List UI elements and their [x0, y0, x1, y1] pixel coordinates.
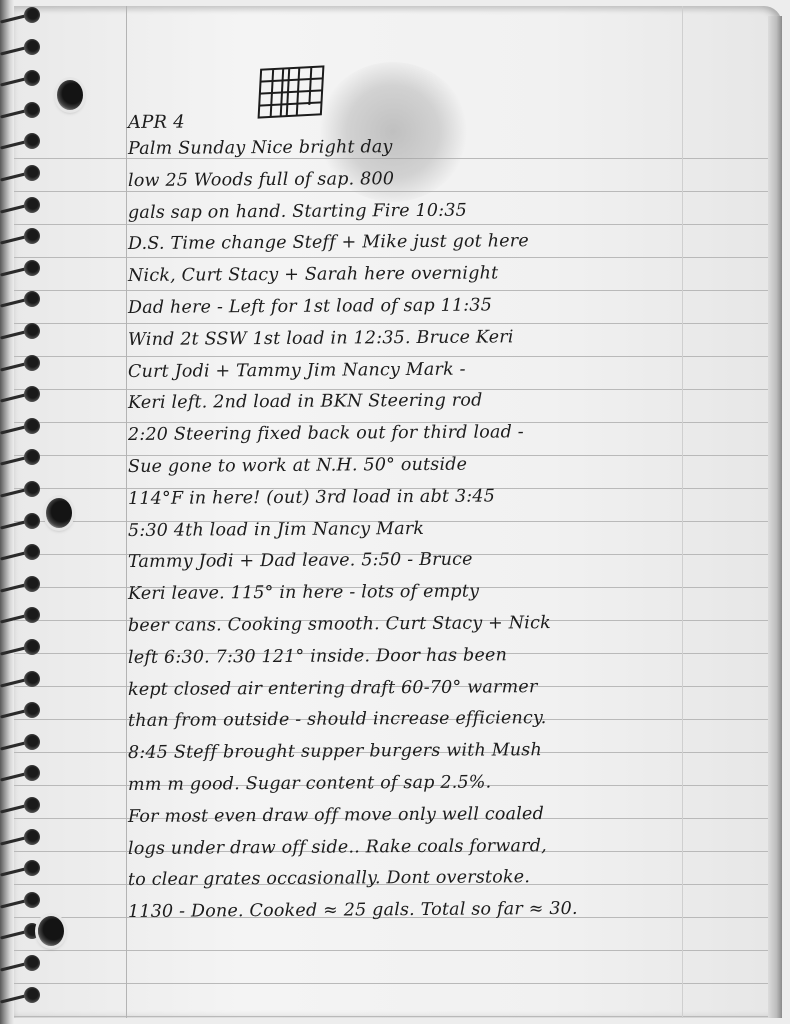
spiral-coil — [0, 259, 42, 279]
entry-lines: Palm Sunday Nice bright daylow 25 Woods … — [128, 134, 778, 929]
spiral-coil — [0, 954, 42, 974]
journal-line: to clear grates occasionally. Dont overs… — [128, 861, 778, 897]
journal-line: Dad here - Left for 1st load of sap 11:3… — [128, 288, 778, 324]
journal-line: Wind 2t SSW 1st load in 12:35. Bruce Ker… — [128, 320, 778, 356]
spiral-coil — [0, 38, 42, 58]
spiral-coil — [0, 796, 42, 816]
spiral-coil — [0, 764, 42, 784]
spiral-coil — [0, 69, 42, 89]
spiral-coil — [0, 891, 42, 911]
journal-line: Tammy Jodi + Dad leave. 5:50 - Bruce — [128, 543, 778, 579]
spiral-coil — [0, 543, 42, 563]
spiral-coil — [0, 6, 42, 26]
spiral-coil — [0, 227, 42, 247]
spiral-coil — [0, 986, 42, 1006]
journal-line: 2:20 Steering fixed back out for third l… — [128, 416, 778, 452]
spiral-coil — [0, 828, 42, 848]
journal-line: 5:30 4th load in Jim Nancy Mark — [128, 511, 778, 547]
journal-line: gals sap on hand. Starting Fire 10:35 — [128, 193, 778, 229]
journal-line: D.S. Time change Steff + Mike just got h… — [128, 225, 778, 261]
journal-line: Curt Jodi + Tammy Jim Nancy Mark - — [128, 352, 778, 388]
journal-line: For most even draw off move only well co… — [128, 797, 778, 833]
spiral-coil — [0, 417, 42, 437]
spiral-coil — [0, 606, 42, 626]
spiral-coil — [0, 733, 42, 753]
journal-line: left 6:30. 7:30 121° inside. Door has be… — [128, 638, 778, 674]
journal-line: Sue gone to work at N.H. 50° outside — [128, 447, 778, 483]
journal-line: Keri leave. 115° in here - lots of empty — [128, 575, 778, 611]
spiral-coil — [0, 701, 42, 721]
spiral-binding — [0, 0, 48, 1024]
spiral-coil — [0, 859, 42, 879]
journal-line: Palm Sunday Nice bright day — [128, 129, 778, 165]
spiral-coil — [0, 512, 42, 532]
spiral-coil — [0, 638, 42, 658]
spiral-coil — [0, 132, 42, 152]
spiral-coil — [0, 354, 42, 374]
journal-line: low 25 Woods full of sap. 800 — [128, 161, 778, 197]
journal-line: Nick, Curt Stacy + Sarah here overnight — [128, 257, 778, 293]
journal-line: beer cans. Cooking smooth. Curt Stacy + … — [128, 606, 778, 642]
journal-line: logs under draw off side.. Rake coals fo… — [128, 829, 778, 865]
journal-entry: APR 4 Palm Sunday Nice bright daylow 25 … — [128, 108, 778, 929]
punch-hole — [57, 80, 83, 110]
journal-line: than from outside - should increase effi… — [128, 702, 778, 738]
journal-line: kept closed air entering draft 60-70° wa… — [128, 670, 778, 706]
spiral-coil — [0, 322, 42, 342]
notebook-scan: APR 4 Palm Sunday Nice bright daylow 25 … — [0, 0, 790, 1024]
journal-line: 114°F in here! (out) 3rd load in abt 3:4… — [128, 479, 778, 515]
journal-line: Keri left. 2nd load in BKN Steering rod — [128, 384, 778, 420]
spiral-coil — [0, 922, 42, 942]
spiral-coil — [0, 670, 42, 690]
spiral-coil — [0, 575, 42, 595]
spiral-coil — [0, 480, 42, 500]
journal-line: mm m good. Sugar content of sap 2.5%. — [128, 765, 778, 801]
spiral-coil — [0, 385, 42, 405]
spiral-coil — [0, 290, 42, 310]
spiral-coil — [0, 448, 42, 468]
journal-line: 8:45 Steff brought supper burgers with M… — [128, 734, 778, 770]
spiral-coil — [0, 164, 42, 184]
spiral-coil — [0, 196, 42, 216]
punch-hole — [38, 916, 64, 946]
journal-line: 1130 - Done. Cooked ≈ 25 gals. Total so … — [128, 893, 778, 929]
spiral-coil — [0, 101, 42, 121]
margin-line — [126, 6, 127, 1018]
punch-hole — [46, 498, 72, 528]
